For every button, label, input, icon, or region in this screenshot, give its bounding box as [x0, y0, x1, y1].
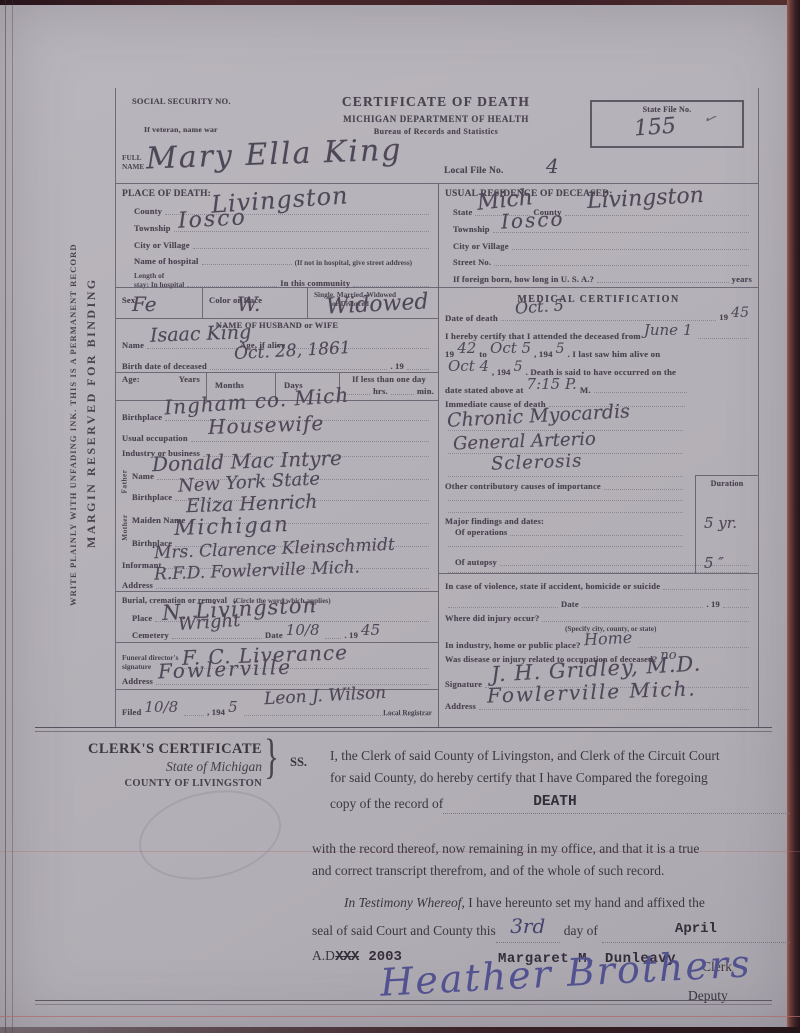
industry-home-label: In industry, home or public place?	[445, 640, 581, 650]
name-label: Name	[122, 341, 144, 351]
date-of-death-label: Date of death	[445, 313, 498, 323]
place-of-death-heading: PLACE OF DEATH:	[122, 189, 211, 200]
death-certificate-page: MARGIN RESERVED FOR BINDING WRITE PLAINL…	[0, 0, 800, 1033]
clerk-certificate-heading: CLERK'S CERTIFICATE	[60, 741, 262, 758]
margin-ink-text: WRITE PLAINLY WITH UNFADING INK. THIS IS…	[68, 243, 78, 606]
place-of-death-section: PLACE OF DEATH: County Livingston Townsh…	[116, 184, 438, 288]
informant-address-label: Address	[122, 581, 153, 591]
veteran-label: If veteran, name war	[144, 126, 218, 135]
informant-address-value: R.F.D. Fowlerville Mich.	[154, 559, 360, 583]
industry-home-row: In industry, home or public place? Home	[439, 633, 758, 650]
hospital-note: (If not in hospital, give street address…	[295, 258, 413, 267]
date-of-death-year: 45	[731, 306, 749, 320]
residence-city-label: City or Village	[453, 242, 509, 252]
clerk-paragraph-1: I, the Clerk of said County of Livingsto…	[330, 745, 790, 814]
city-row: City or Village	[116, 234, 438, 251]
marital-value: Widowed	[325, 291, 429, 318]
township-label: Township	[134, 224, 171, 234]
residence-state-label: State	[453, 208, 472, 218]
last-seen-value: Oct 4	[448, 359, 489, 374]
burial-section: Burial, cremation or removal (Circle the…	[116, 592, 438, 643]
residence-state-row: State County Mich Livingston	[439, 200, 758, 218]
informant-address-row: Address R.F.D. Fowlerville Mich.	[116, 571, 438, 592]
day-handwritten-value: 3rd	[510, 914, 545, 938]
residence-township-row: Township Iosco	[439, 218, 758, 235]
certificate-form: SOCIAL SECURITY NO. If veteran, name war…	[115, 88, 759, 728]
years-suffix-label: years	[732, 275, 752, 285]
attended-to-value: Oct 5	[490, 341, 531, 356]
county-row: County Livingston	[116, 200, 438, 217]
violence-date-row: Date . 19	[439, 592, 758, 610]
duration-box: Duration 5 yr. 5 ″	[695, 475, 758, 574]
funeral-address-value: Fowlerville	[158, 657, 293, 682]
local-registrar-label: Local Registrar	[383, 708, 432, 717]
age-label: Age:	[122, 375, 140, 400]
occupation-value: Housewife	[208, 413, 325, 437]
sex-race-marital-row: Sex Fe Color or Race W. Single, Married,…	[116, 288, 438, 319]
local-file-value: 4	[546, 156, 559, 176]
county-of-livingston-line: COUNTY OF LIVINGSTON	[60, 778, 262, 789]
full-name-label: FULL NAME	[122, 153, 144, 171]
city-label: City or Village	[134, 241, 190, 251]
attended-from-value: June 1	[644, 323, 693, 338]
occupation-row: Usual occupation Housewife	[116, 423, 438, 444]
local-file-label: Local File No.	[444, 166, 504, 177]
sex-value: Fe	[132, 294, 157, 314]
occupation-label: Usual occupation	[122, 434, 188, 444]
residence-township-value: Iosco	[501, 208, 565, 231]
medical-certification-section: MEDICAL CERTIFICATION Date of death 19 4…	[439, 288, 758, 574]
testimony-italic: In Testimony Whereof,	[344, 895, 465, 910]
months-label: Months	[215, 380, 244, 390]
physician-signature-label: Signature	[445, 680, 482, 690]
filed-year-value: 5	[228, 700, 238, 715]
brace-glyph: }	[264, 728, 279, 784]
birthdate-label: Birth date of deceased	[122, 362, 207, 372]
violence-row: In case of violence, state if accident, …	[439, 574, 758, 592]
physician-address-row: Address Fowlerville Mich.	[439, 690, 758, 712]
clerk-left-block: CLERK'S CERTIFICATE State of Michigan CO…	[60, 741, 262, 789]
father-birthplace-label: Birthplace	[132, 493, 172, 503]
scan-edge-top	[0, 0, 800, 5]
injury-row: Where did injury occur?	[439, 610, 758, 624]
full-name-value: Mary Ella King	[146, 136, 403, 175]
physician-address-value: Fowlerville Mich.	[487, 678, 697, 705]
record-type-value: DEATH	[533, 792, 577, 814]
form-header: SOCIAL SECURITY NO. If veteran, name war…	[116, 88, 758, 184]
township-row: Township Iosco	[116, 217, 438, 234]
contributory-label: Other contributory causes of importance	[445, 482, 601, 492]
township-value: Iosco	[177, 207, 247, 233]
hospital-row: Name of hospital (If not in hospital, gi…	[116, 251, 438, 267]
funeral-director-section: Funeral director'ssignature F. C. Livera…	[116, 643, 438, 690]
struck-out-text: XXX	[335, 949, 359, 965]
cemetery-value: Wright	[177, 612, 241, 634]
funeral-address-label: Address	[122, 677, 153, 687]
length-of-stay-row: Length ofstay: In hospital In this commu…	[116, 267, 438, 289]
registrar-signature: Leon J. Wilson	[264, 685, 387, 708]
residence-township-label: Township	[453, 225, 490, 235]
residence-street-row: Street No.	[439, 252, 758, 268]
month-typed-value: April	[675, 921, 717, 937]
burial-year-value: 45	[361, 623, 380, 638]
burial-place-label: Place	[132, 614, 152, 624]
cemetery-label: Cemetery	[132, 631, 169, 641]
birthplace-label: Birthplace	[122, 413, 162, 423]
residence-city-row: City or Village	[439, 235, 758, 252]
findings-label: Major findings and dates:	[445, 517, 544, 527]
foreign-born-row: If foreign born, how long in U. S. A.? y…	[439, 268, 758, 285]
cemetery-row: Cemetery Date 10/8 . 19 45 Wright	[116, 624, 438, 641]
operations-label: Of operations	[455, 528, 507, 538]
physician-address-label: Address	[445, 702, 476, 712]
foreign-born-label: If foreign born, how long in U. S. A.?	[453, 275, 594, 285]
violence-date-label: Date	[561, 600, 579, 610]
cause-3-value: Sclerosis	[491, 452, 583, 473]
hrs-label: hrs.	[373, 387, 388, 397]
filed-row: Filed 10/8 , 194 5 Leon J. Wilson Local …	[116, 690, 438, 718]
violence-label: In case of violence, state if accident, …	[445, 582, 660, 592]
county-label: County	[134, 207, 162, 217]
state-file-value: 155	[633, 116, 676, 141]
residence-section: USUAL RESIDENCE OF DECEASED: State Count…	[439, 184, 758, 288]
certify-paragraph: I hereby certify that I attended the dec…	[439, 323, 758, 395]
state-file-label: State File No.	[592, 105, 742, 114]
section-divider-line	[35, 727, 772, 732]
seal-day-row: seal of said Court and County this 3rd d…	[312, 915, 790, 943]
cause-lines: Chronic Myocardis General Arterio Sclero…	[439, 409, 758, 479]
day-of-label: day of	[564, 918, 598, 943]
industry-home-value: Home	[583, 630, 632, 649]
record-of-row: copy of the record of DEATH	[330, 788, 790, 814]
birthdate-value: Oct. 28, 1861	[234, 340, 352, 363]
department-line: MICHIGAN DEPARTMENT OF HEALTH	[286, 114, 586, 124]
race-cell: Color or Race W.	[203, 288, 308, 318]
margin-binding-text: MARGIN RESERVED FOR BINDING	[84, 277, 99, 548]
cause-2-duration: 5 ″	[704, 556, 724, 571]
left-column: PLACE OF DEATH: County Livingston Townsh…	[116, 184, 439, 728]
burial-date-value: 10/8	[286, 623, 320, 638]
less-than-day-label: If less than one day	[344, 375, 434, 385]
sex-cell: Sex Fe	[116, 288, 203, 318]
filed-date-value: 10/8	[144, 700, 178, 715]
burial-place-row: Place N. Livingston	[116, 605, 438, 624]
residence-street-label: Street No.	[453, 258, 491, 268]
date-of-death-value: Oct. 5	[515, 297, 565, 316]
residence-county-value: Livingston	[587, 185, 705, 213]
burial-date-label: Date	[265, 631, 283, 641]
injury-label: Where did injury occur?	[445, 614, 539, 624]
autopsy-label: Of autopsy	[455, 558, 497, 568]
ss-label: SS.	[290, 755, 307, 770]
birthdate-row: Birth date of deceased . 19 Oct. 28, 186…	[116, 351, 438, 373]
min-label: min.	[417, 387, 434, 397]
ssn-label: SOCIAL SECURITY NO.	[132, 97, 231, 107]
mother-birthplace-value: Michigan	[174, 514, 290, 539]
stay-label: Length of	[134, 271, 184, 280]
right-column: USUAL RESIDENCE OF DECEASED: State Count…	[439, 184, 758, 728]
father-name-label: Name	[132, 472, 154, 482]
cause-1-duration: 5 yr.	[704, 516, 737, 531]
filed-label: Filed	[122, 708, 141, 718]
duration-label: Duration	[696, 479, 758, 488]
state-of-michigan-line: State of Michigan	[60, 759, 262, 775]
state-file-box: State File No. 155 ✓	[590, 100, 744, 148]
clerks-certificate-section: CLERK'S CERTIFICATE State of Michigan CO…	[0, 735, 800, 1033]
document-title: CERTIFICATE OF DEATH	[286, 94, 586, 110]
date-of-death-row: Date of death 19 45 Oct. 5	[439, 305, 758, 323]
check-mark-icon: ✓	[702, 111, 717, 128]
funeral-address-row: Address Fowlerville	[116, 671, 438, 687]
clerk-paragraph-2: with the record thereof, now remaining i…	[312, 838, 784, 881]
time-of-death-value: 7:15 P.	[527, 377, 577, 392]
hospital-label: Name of hospital	[134, 257, 199, 267]
spouse-name-value: Isaac King	[150, 323, 252, 346]
race-value: W.	[237, 294, 260, 314]
title-block: CERTIFICATE OF DEATH MICHIGAN DEPARTMENT…	[286, 94, 586, 136]
marital-cell: Single, Married, Widowed or Divorced Wid…	[308, 288, 438, 318]
